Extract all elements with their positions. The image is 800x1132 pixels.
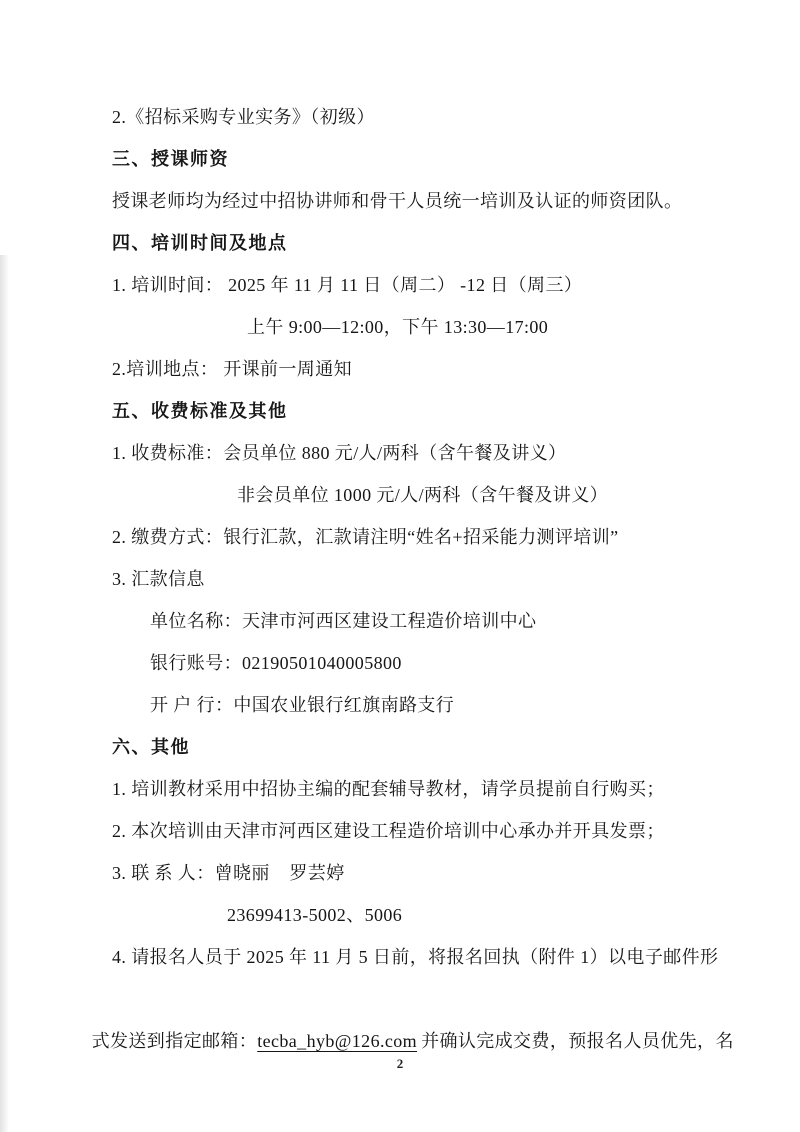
item-fee-member: 1. 收费标准：会员单位 880 元/人/两科（含午餐及讲义） (112, 432, 742, 474)
section-heading-others: 六、其他 (112, 726, 742, 768)
item-other-invoice: 2. 本次培训由天津市河西区建设工程造价培训中心承办并开具发票； (112, 810, 742, 852)
item-training-location: 2.培训地点： 开课前一周通知 (112, 348, 742, 390)
scan-edge-artifact (0, 255, 9, 1132)
item-fee-nonmember: 非会员单位 1000 元/人/两科（含午餐及讲义） (237, 474, 742, 516)
item-contacts: 3. 联 系 人：曾晓丽 罗芸婷 (112, 852, 742, 894)
registration-email-suffix: 并确认完成交费，预报名人员优先，名 (421, 1031, 734, 1051)
section-heading-schedule: 四、培训时间及地点 (112, 222, 742, 264)
item-training-time: 1. 培训时间： 2025 年 11 月 11 日（周二） -12 日（周三） (112, 264, 742, 306)
registration-email-prefix: 式发送到指定邮箱： (92, 1031, 258, 1051)
remit-bank-branch: 开 户 行：中国农业银行红旗南路支行 (150, 684, 742, 726)
paragraph-teachers: 授课老师均为经过中招协讲师和骨干人员统一培训及认证的师资团队。 (112, 180, 742, 222)
document-page: 2.《招标采购专业实务》（初级） 三、授课师资 授课老师均为经过中招协讲师和骨干… (0, 0, 800, 1132)
item-other-materials: 1. 培训教材采用中招协主编的配套辅导教材，请学员提前自行购买； (112, 768, 742, 810)
item-remittance-info: 3. 汇款信息 (112, 558, 742, 600)
remit-company-name: 单位名称：天津市河西区建设工程造价培训中心 (150, 600, 742, 642)
remit-bank-account: 银行账号：02190501040005800 (150, 642, 742, 684)
email-address: tecba_hyb@126.com (257, 1031, 417, 1051)
page-number: 2 (0, 1056, 800, 1072)
contact-phone: 23699413-5002、5006 (227, 894, 742, 936)
section-heading-teachers: 三、授课师资 (112, 138, 742, 180)
item-payment-method: 2. 缴费方式：银行汇款，汇款请注明“姓名+招采能力测评培训” (112, 516, 742, 558)
item-training-time-detail: 上午 9:00—12:00，下午 13:30—17:00 (247, 306, 742, 348)
list-item-subject-2: 2.《招标采购专业实务》（初级） (112, 96, 742, 138)
item-registration-line2: 式发送到指定邮箱：tecba_hyb@126.com并确认完成交费，预报名人员优… (72, 978, 742, 1104)
item-registration-line1: 4. 请报名人员于 2025 年 11 月 5 日前，将报名回执（附件 1）以电… (112, 936, 742, 978)
section-heading-fees: 五、收费标准及其他 (112, 390, 742, 432)
